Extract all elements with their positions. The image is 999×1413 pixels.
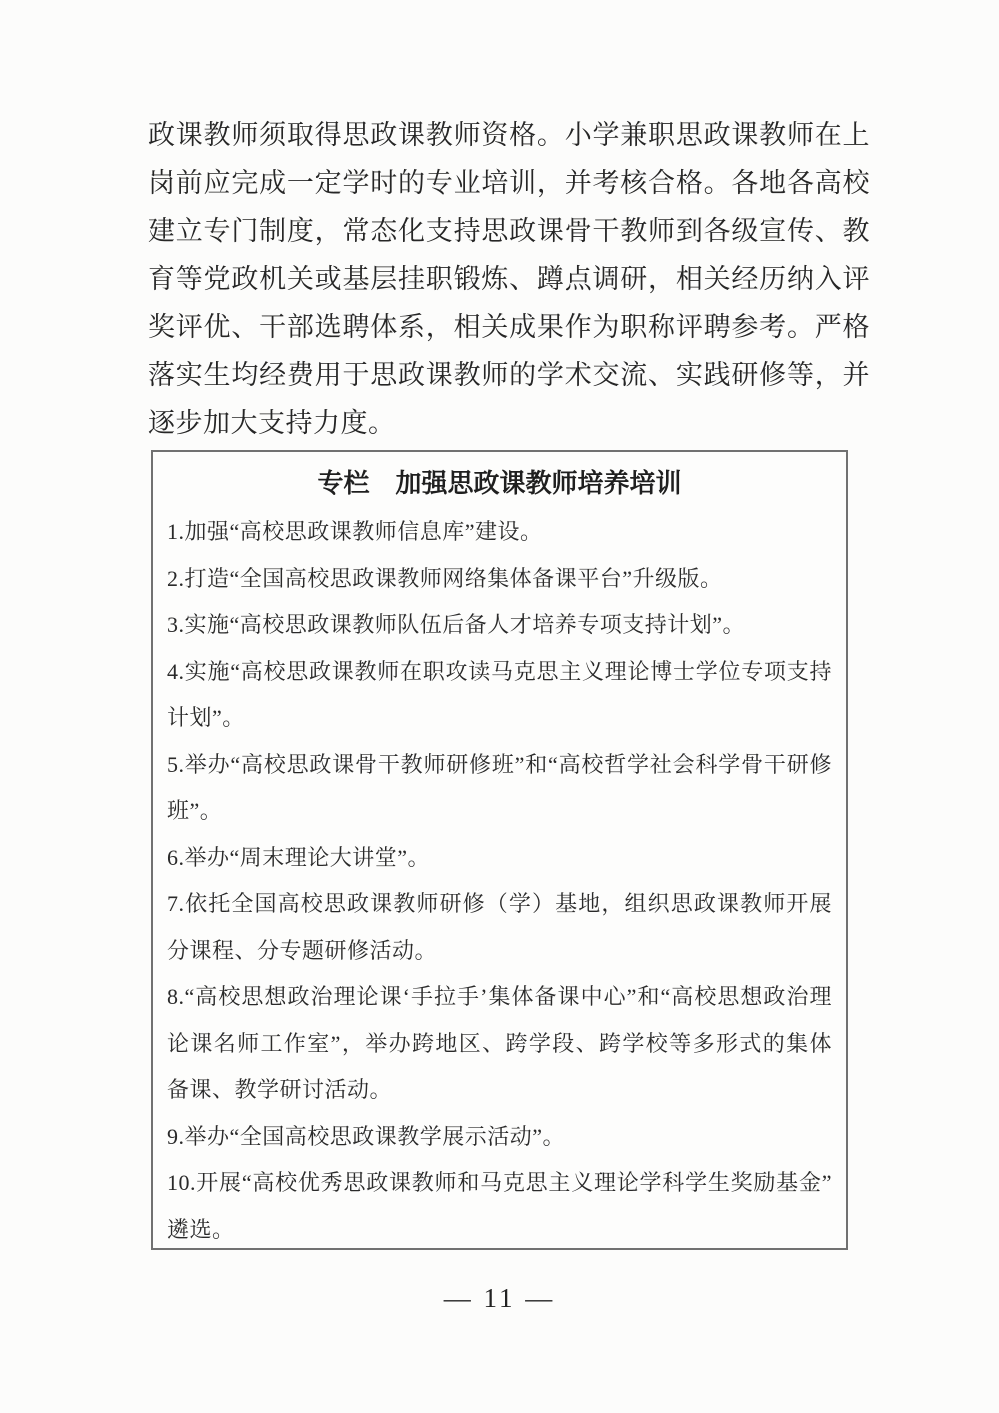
body-paragraph: 政课教师须取得思政课教师资格。小学兼职思政课教师在上 岗前应完成一定学时的专业培… [148, 111, 870, 447]
panel-text-line: 遴选。 [167, 1207, 832, 1251]
panel-title: 专栏 加强思政课教师培养培训 [167, 457, 832, 509]
panel-text-line: 6.举办“周末理论大讲堂”。 [167, 835, 832, 882]
panel-text-line: 班”。 [167, 788, 832, 835]
panel-text-line: 备课、教学研讨活动。 [167, 1067, 832, 1114]
panel-text-line: 分课程、分专题研修活动。 [167, 928, 832, 975]
panel-text-line: 9.举办“全国高校思政课教学展示活动”。 [167, 1114, 832, 1161]
panel-text-line: 论课名师工作室”，举办跨地区、跨学段、跨学校等多形式的集体 [167, 1021, 832, 1068]
paragraph-line: 奖评优、干部选聘体系，相关成果作为职称评聘参考。严格 [148, 303, 870, 351]
panel-text-line: 3.实施“高校思政课教师队伍后备人才培养专项支持计划”。 [167, 602, 832, 649]
document-page: 政课教师须取得思政课教师资格。小学兼职思政课教师在上 岗前应完成一定学时的专业培… [0, 0, 999, 1413]
panel-text-line: 1.加强“高校思政课教师信息库”建设。 [167, 509, 832, 556]
paragraph-line: 岗前应完成一定学时的专业培训，并考核合格。各地各高校 [148, 159, 870, 207]
paragraph-line: 建立专门制度，常态化支持思政课骨干教师到各级宣传、教 [148, 207, 870, 255]
panel-text-line: 5.举办“高校思政课骨干教师研修班”和“高校哲学社会科学骨干研修 [167, 742, 832, 789]
panel-text-line: 10.开展“高校优秀思政课教师和马克思主义理论学科学生奖励基金” [167, 1160, 832, 1207]
panel-text-line: 2.打造“全国高校思政课教师网络集体备课平台”升级版。 [167, 556, 832, 603]
paragraph-line: 逐步加大支持力度。 [148, 399, 870, 447]
paragraph-line: 落实生均经费用于思政课教师的学术交流、实践研修等，并 [148, 351, 870, 399]
callout-panel: 专栏 加强思政课教师培养培训 1.加强“高校思政课教师信息库”建设。 2.打造“… [151, 450, 848, 1250]
panel-text-line: 7.依托全国高校思政课教师研修（学）基地，组织思政课教师开展 [167, 881, 832, 928]
page-number: — 11 — [0, 1278, 999, 1318]
panel-text-line: 4.实施“高校思政课教师在职攻读马克思主义理论博士学位专项支持 [167, 649, 832, 696]
panel-text-line: 8.“高校思想政治理论课‘手拉手’集体备课中心”和“高校思想政治理 [167, 974, 832, 1021]
paragraph-line: 政课教师须取得思政课教师资格。小学兼职思政课教师在上 [148, 111, 870, 159]
paragraph-line: 育等党政机关或基层挂职锻炼、蹲点调研，相关经历纳入评 [148, 255, 870, 303]
panel-text-line: 计划”。 [167, 695, 832, 742]
